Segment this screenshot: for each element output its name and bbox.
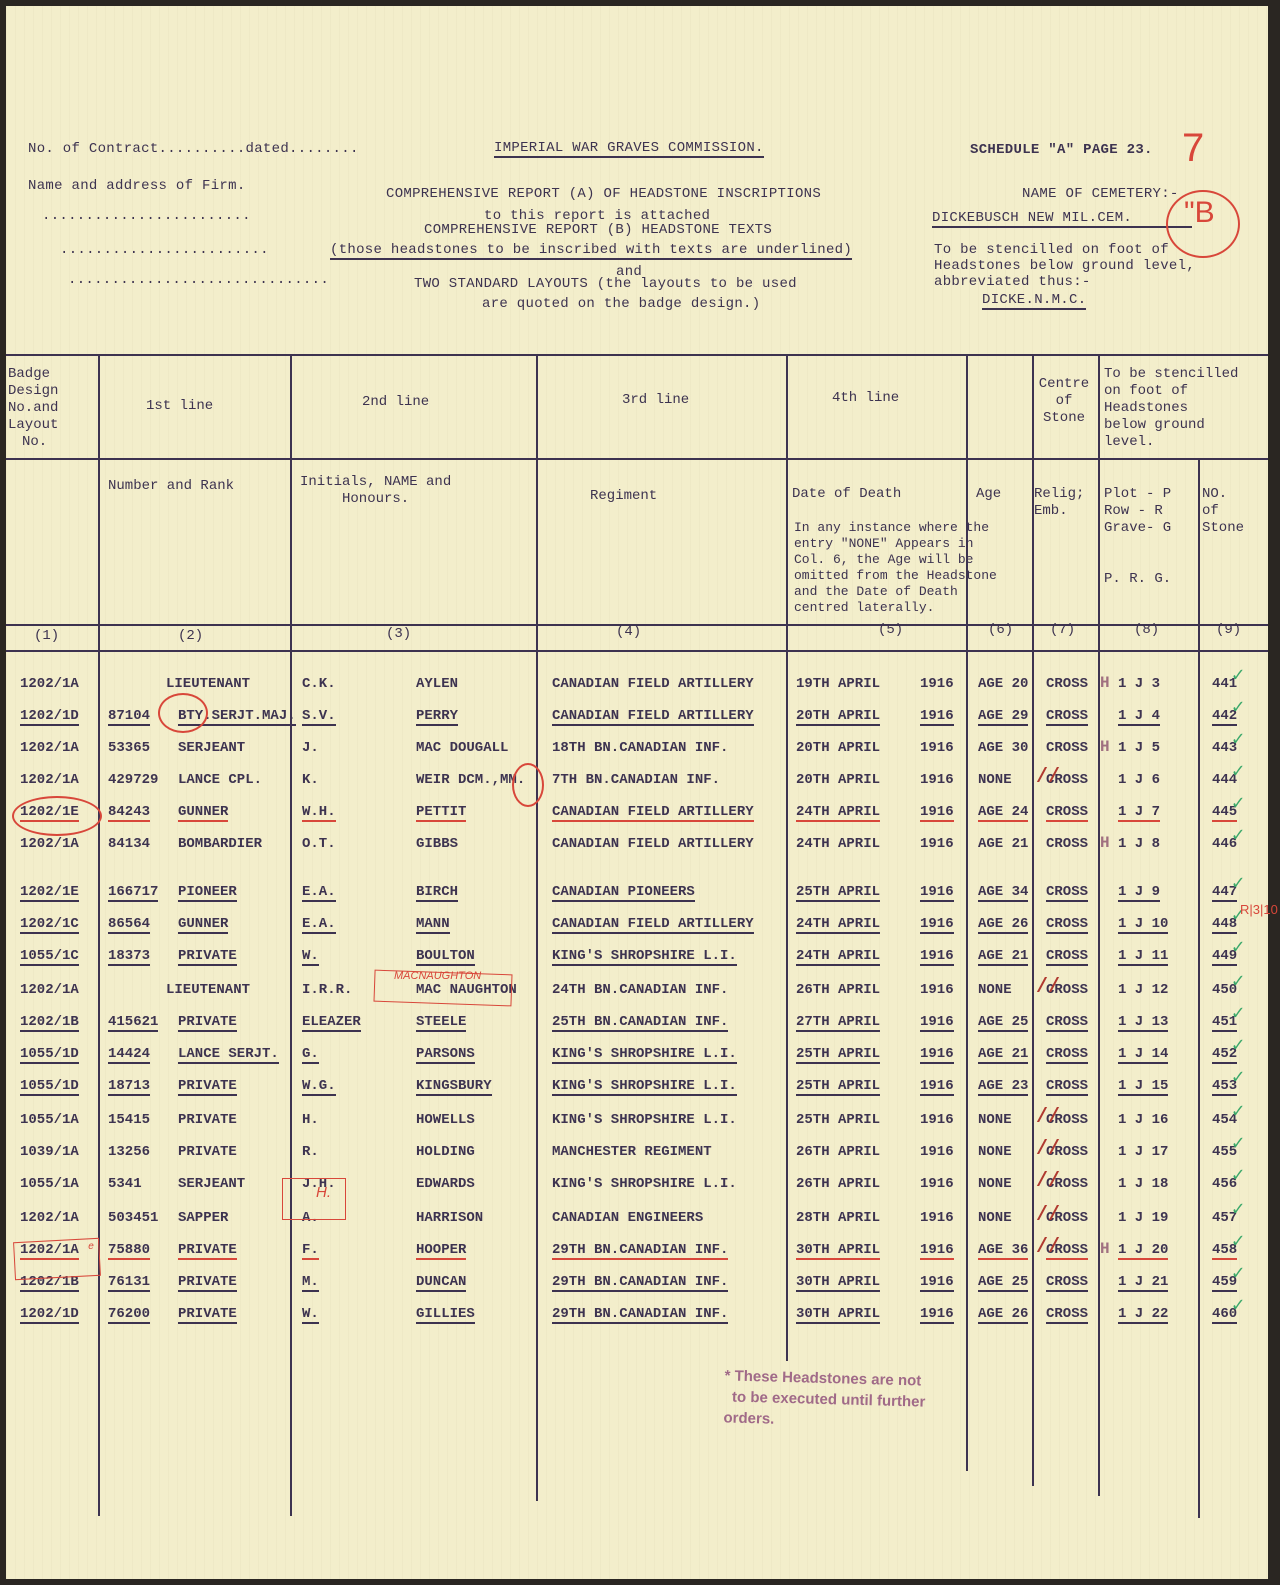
table-row: 1202/1A503451SAPPERA.HARRISONCANADIAN EN… xyxy=(6,1204,1268,1234)
commission-title: IMPERIAL WAR GRAVES COMMISSION. xyxy=(494,140,764,158)
cell-regiment: 24TH BN.CANADIAN INF. xyxy=(552,982,728,998)
green-check-icon: ✓ xyxy=(1232,1064,1244,1090)
cell-number: 415621 xyxy=(108,1014,158,1032)
cell-emb: CROSS xyxy=(1046,916,1088,934)
table-row: 1202/1C86564GUNNERE.A.MANNCANADIAN FIELD… xyxy=(6,910,1268,940)
document-page: No. of Contract..........dated........ N… xyxy=(6,6,1268,1579)
cell-age: AGE 25 xyxy=(978,1274,1028,1292)
cell-regiment: 7TH BN.CANADIAN INF. xyxy=(552,772,720,788)
hdr-line3: 3rd line xyxy=(622,392,689,409)
cell-rank: LIEUTENANT xyxy=(166,676,250,692)
cell-date: 28TH APRIL xyxy=(796,1210,880,1226)
slash-mark: // xyxy=(1036,976,1060,999)
hdr-regiment: Regiment xyxy=(590,488,657,505)
colnum-5: (5) xyxy=(878,622,903,639)
cell-year: 1916 xyxy=(920,916,954,934)
cell-prg: 1 J 16 xyxy=(1118,1112,1168,1128)
cell-regiment: 18TH BN.CANADIAN INF. xyxy=(552,740,728,756)
cell-emb: CROSS xyxy=(1046,948,1088,966)
cell-badge: 1055/1D xyxy=(20,1078,79,1096)
cell-regiment: 25TH BN.CANADIAN INF. xyxy=(552,1014,728,1032)
hdr-number-rank: Number and Rank xyxy=(108,478,234,495)
table-row: 1202/1A429729LANCE CPL.K.WEIR DCM.,MM.7T… xyxy=(6,766,1268,796)
cell-year: 1916 xyxy=(920,804,954,822)
mm-circle-mark xyxy=(512,763,544,807)
table-row: 1039/1A13256PRIVATER.HOLDINGMANCHESTER R… xyxy=(6,1138,1268,1168)
cell-initials: M. xyxy=(302,1274,319,1292)
cell-number: 53365 xyxy=(108,740,150,756)
bty-circle-mark xyxy=(158,693,208,733)
green-check-icon: ✓ xyxy=(1232,934,1244,960)
green-check-icon: ✓ xyxy=(1232,870,1244,896)
cell-name: MANN xyxy=(416,916,450,934)
cell-emb: CROSS xyxy=(1046,676,1088,692)
hdr-plot: Plot - PRow - RGrave- GP. R. G. xyxy=(1104,486,1171,588)
cell-emb: CROSS xyxy=(1046,836,1088,852)
cell-emb: CROSS xyxy=(1046,804,1088,822)
cell-date: 30TH APRIL xyxy=(796,1274,880,1292)
cell-year: 1916 xyxy=(920,884,954,902)
cell-number: 13256 xyxy=(108,1144,150,1160)
cell-number: 14424 xyxy=(108,1046,150,1064)
hdr-stone: NO.ofStone xyxy=(1202,486,1244,537)
cell-name: HOLDING xyxy=(416,1144,475,1160)
cell-year: 1916 xyxy=(920,1242,954,1260)
green-check-icon: ✓ xyxy=(1232,1000,1244,1026)
cell-name: WEIR DCM.,MM. xyxy=(416,772,525,788)
cell-rank: GUNNER xyxy=(178,916,228,934)
cell-date: 24TH APRIL xyxy=(796,836,880,852)
cell-badge: 1055/1D xyxy=(20,1046,79,1064)
cell-age: NONE xyxy=(978,1144,1012,1160)
hdr-none-note: In any instance where theentry "NONE" Ap… xyxy=(794,520,997,616)
table-row: 1202/1B415621PRIVATEELEAZERSTEELE25TH BN… xyxy=(6,1008,1268,1038)
cell-badge: 1202/1A xyxy=(20,1210,79,1226)
cell-regiment: CANADIAN FIELD ARTILLERY xyxy=(552,804,754,822)
cell-number: 166717 xyxy=(108,884,158,902)
cell-badge: 1202/1E xyxy=(20,884,79,902)
cell-initials: W.G. xyxy=(302,1078,336,1096)
cell-date: 25TH APRIL xyxy=(796,1078,880,1096)
cell-rank: PRIVATE xyxy=(178,1014,237,1032)
cell-age: NONE xyxy=(978,1176,1012,1192)
cell-date: 27TH APRIL xyxy=(796,1014,880,1032)
cell-year: 1916 xyxy=(920,708,954,726)
cell-rank: PRIVATE xyxy=(178,1112,237,1128)
cell-number: 75880 xyxy=(108,1242,150,1260)
table-row: 1202/1D76200PRIVATEW.GILLIES29TH BN.CANA… xyxy=(6,1300,1268,1330)
colnum-6: (6) xyxy=(988,622,1013,639)
cell-rank: GUNNER xyxy=(178,804,228,822)
hdr-date: Date of Death xyxy=(792,486,901,503)
hdr-line2: 2nd line xyxy=(362,394,429,411)
cell-prg: 1 J 10 xyxy=(1118,916,1168,934)
cell-date: 24TH APRIL xyxy=(796,916,880,934)
cell-age: AGE 30 xyxy=(978,740,1028,756)
cell-rank: SERJEANT xyxy=(178,740,245,756)
cell-regiment: CANADIAN PIONEERS xyxy=(552,884,695,902)
cell-badge: 1202/1A xyxy=(20,772,79,788)
cell-badge: 1039/1A xyxy=(20,1144,79,1160)
cell-number: 15415 xyxy=(108,1112,150,1128)
cell-date: 20TH APRIL xyxy=(796,708,880,726)
cell-year: 1916 xyxy=(920,1306,954,1324)
cell-regiment: KING'S SHROPSHIRE L.I. xyxy=(552,1112,737,1128)
cell-rank: PRIVATE xyxy=(178,1306,237,1324)
slash-mark: // xyxy=(1036,766,1060,789)
cell-name: EDWARDS xyxy=(416,1176,475,1192)
cell-number: 87104 xyxy=(108,708,150,726)
cell-name: GILLIES xyxy=(416,1306,475,1324)
cell-badge: 1202/1A xyxy=(20,740,79,756)
cell-prg: 1 J 3 xyxy=(1118,676,1160,692)
cell-age: AGE 21 xyxy=(978,836,1028,852)
cell-initials: E.A. xyxy=(302,884,336,902)
stencil-line-1: To be stencilled on foot of xyxy=(934,242,1169,258)
cell-initials: W.H. xyxy=(302,804,336,822)
cell-rank: PRIVATE xyxy=(178,1242,237,1260)
cell-prg: 1 J 11 xyxy=(1118,948,1168,966)
h-mark: H xyxy=(1100,834,1110,852)
green-check-icon: ✓ xyxy=(1232,1032,1244,1058)
slash-mark: // xyxy=(1036,1204,1060,1227)
green-check-icon: ✓ xyxy=(1232,790,1244,816)
colnum-9: (9) xyxy=(1216,622,1241,639)
table-header-rule xyxy=(6,458,1268,460)
cell-badge: 1202/1C xyxy=(20,916,79,934)
cell-name: BOULTON xyxy=(416,948,475,966)
cell-prg: 1 J 4 xyxy=(1118,708,1160,726)
cell-regiment: CANADIAN ENGINEERS xyxy=(552,1210,703,1226)
green-check-icon: ✓ xyxy=(1232,968,1244,994)
cell-emb: CROSS xyxy=(1046,708,1088,726)
cell-age: AGE 34 xyxy=(978,884,1028,902)
table-row: 1202/1ALIEUTENANTI.R.R.MAC NAUGHTON24TH … xyxy=(6,976,1268,1006)
cell-prg: 1 J 6 xyxy=(1118,772,1160,788)
table-row: 1055/1A15415PRIVATEH.HOWELLSKING'S SHROP… xyxy=(6,1106,1268,1136)
cell-date: 24TH APRIL xyxy=(796,804,880,822)
abbreviation: DICKE.N.M.C. xyxy=(982,292,1086,310)
cell-number: 5341 xyxy=(108,1176,142,1192)
cell-rank: PIONEER xyxy=(178,884,237,902)
hdr-initials: Initials, NAME andHonours. xyxy=(300,474,451,508)
cell-prg: 1 J 13 xyxy=(1118,1014,1168,1032)
cell-number: 503451 xyxy=(108,1210,158,1226)
cell-emb: CROSS xyxy=(1046,884,1088,902)
cell-age: AGE 23 xyxy=(978,1078,1028,1096)
cell-regiment: CANADIAN FIELD ARTILLERY xyxy=(552,676,754,692)
green-check-icon: ✓ xyxy=(1232,1130,1244,1156)
hdr-relig: Relig;Emb. xyxy=(1034,486,1084,520)
cell-age: AGE 20 xyxy=(978,676,1028,692)
cell-age: AGE 26 xyxy=(978,1306,1028,1324)
cell-name: PERRY xyxy=(416,708,458,726)
cell-year: 1916 xyxy=(920,1144,954,1160)
firm-dots-1: ........................ xyxy=(42,208,251,224)
cell-prg: 1 J 20 xyxy=(1118,1242,1168,1260)
green-check-icon: ✓ xyxy=(1232,726,1244,752)
cell-prg: 1 J 5 xyxy=(1118,740,1160,756)
table-colnum-bottom-rule xyxy=(6,650,1268,652)
cell-name: PARSONS xyxy=(416,1046,475,1064)
cell-year: 1916 xyxy=(920,948,954,966)
cell-badge: 1055/1A xyxy=(20,1112,79,1128)
cell-emb: CROSS xyxy=(1046,740,1088,756)
cell-prg: 1 J 15 xyxy=(1118,1078,1168,1096)
cell-regiment: CANADIAN FIELD ARTILLERY xyxy=(552,916,754,934)
cell-emb: CROSS xyxy=(1046,1046,1088,1064)
cell-age: AGE 29 xyxy=(978,708,1028,726)
cell-rank: PRIVATE xyxy=(178,1078,237,1096)
cell-badge: 1202/1A xyxy=(20,836,79,852)
cell-initials: ELEAZER xyxy=(302,1014,361,1032)
cell-number: 84243 xyxy=(108,804,150,822)
cell-badge: 1202/1A xyxy=(20,982,79,998)
cell-emb: CROSS xyxy=(1046,1078,1088,1096)
table-row: 1202/1A75880PRIVATEF.HOOPER29TH BN.CANAD… xyxy=(6,1236,1268,1266)
cell-name: HOWELLS xyxy=(416,1112,475,1128)
cell-number: 76200 xyxy=(108,1306,150,1324)
cell-prg: 1 J 7 xyxy=(1118,804,1160,822)
cell-date: 20TH APRIL xyxy=(796,772,880,788)
cell-name: BIRCH xyxy=(416,884,458,902)
cell-age: AGE 25 xyxy=(978,1014,1028,1032)
cell-year: 1916 xyxy=(920,740,954,756)
green-check-icon: ✓ xyxy=(1232,1098,1244,1124)
cell-regiment: KING'S SHROPSHIRE L.I. xyxy=(552,1046,737,1064)
cell-emb: CROSS xyxy=(1046,1306,1088,1324)
table-top-rule xyxy=(6,354,1268,356)
cell-name: HARRISON xyxy=(416,1210,483,1226)
slash-mark: // xyxy=(1036,1106,1060,1129)
hdr-line4: 4th line xyxy=(832,390,899,407)
cell-initials: E.A. xyxy=(302,916,336,934)
green-check-icon: ✓ xyxy=(1232,1162,1244,1188)
hdr-centre: CentreofStone xyxy=(1034,376,1094,427)
cell-date: 26TH APRIL xyxy=(796,982,880,998)
cell-prg: 1 J 12 xyxy=(1118,982,1168,998)
cell-year: 1916 xyxy=(920,676,954,692)
cell-initials: F. xyxy=(302,1242,319,1260)
cell-prg: 1 J 21 xyxy=(1118,1274,1168,1292)
cell-regiment: CANADIAN FIELD ARTILLERY xyxy=(552,836,754,852)
green-check-icon: ✓ xyxy=(1232,758,1244,784)
cell-prg: 1 J 14 xyxy=(1118,1046,1168,1064)
layouts-line-2: are quoted on the badge design.) xyxy=(482,296,760,312)
underlined-note: (those headstones to be inscribed with t… xyxy=(330,242,852,260)
cell-age: NONE xyxy=(978,772,1012,788)
cell-regiment: CANADIAN FIELD ARTILLERY xyxy=(552,708,754,726)
hdr-badge: BadgeDesignNo.andLayoutNo. xyxy=(8,366,58,451)
colnum-8: (8) xyxy=(1134,622,1159,639)
colnum-7: (7) xyxy=(1050,622,1075,639)
cell-name: DUNCAN xyxy=(416,1274,466,1292)
cell-badge: 1202/1B xyxy=(20,1014,79,1032)
cell-rank: PRIVATE xyxy=(178,948,237,966)
cell-rank: PRIVATE xyxy=(178,1274,237,1292)
cell-prg: 1 J 18 xyxy=(1118,1176,1168,1192)
birch-note: R|3|10 xyxy=(1240,902,1278,917)
hdr-line1: 1st line xyxy=(146,398,213,415)
cell-rank: LANCE SERJT. xyxy=(178,1046,279,1064)
cell-age: AGE 21 xyxy=(978,948,1028,966)
cell-year: 1916 xyxy=(920,982,954,998)
cell-rank: BOMBARDIER xyxy=(178,836,262,852)
cemetery-name: DICKEBUSCH NEW MIL.CEM. xyxy=(932,210,1192,228)
cell-name: STEELE xyxy=(416,1014,466,1032)
cell-name: AYLEN xyxy=(416,676,458,692)
cell-initials: K. xyxy=(302,772,319,788)
table-row: 1055/1C18373PRIVATEW.BOULTONKING'S SHROP… xyxy=(6,942,1268,972)
hdr-age: Age xyxy=(976,486,1001,503)
table-row: 1202/1B76131PRIVATEM.DUNCAN29TH BN.CANAD… xyxy=(6,1268,1268,1298)
h-mark: H xyxy=(1100,674,1110,692)
cell-initials: W. xyxy=(302,1306,319,1324)
cell-date: 25TH APRIL xyxy=(796,1046,880,1064)
cell-badge: 1202/1A xyxy=(20,676,79,692)
table-row: 1055/1D14424LANCE SERJT.G.PARSONSKING'S … xyxy=(6,1040,1268,1070)
cell-rank: SERJEANT xyxy=(178,1176,245,1192)
cell-emb: CROSS xyxy=(1046,1014,1088,1032)
firm-dots-3: .............................. xyxy=(68,272,329,288)
cell-year: 1916 xyxy=(920,1046,954,1064)
cell-date: 25TH APRIL xyxy=(796,884,880,902)
cell-name: PETTIT xyxy=(416,804,466,822)
cell-emb: CROSS xyxy=(1046,1274,1088,1292)
cell-prg: 1 J 9 xyxy=(1118,884,1160,902)
cell-date: 24TH APRIL xyxy=(796,948,880,966)
cemetery-label: NAME OF CEMETERY:- xyxy=(1022,186,1179,202)
macnaughton-correction: MACNAUGHTON xyxy=(394,970,481,982)
h-mark: H xyxy=(1100,738,1110,756)
firm-dots-2: ........................ xyxy=(60,242,269,258)
cell-prg: 1 J 19 xyxy=(1118,1210,1168,1226)
green-check-icon: ✓ xyxy=(1232,694,1244,720)
cell-number: 429729 xyxy=(108,772,158,788)
cell-rank: LANCE CPL. xyxy=(178,772,262,788)
cell-initials: R. xyxy=(302,1144,319,1160)
cell-regiment: 29TH BN.CANADIAN INF. xyxy=(552,1306,728,1324)
cell-prg: 1 J 17 xyxy=(1118,1144,1168,1160)
cell-number: 18373 xyxy=(108,948,150,966)
cell-initials: I.R.R. xyxy=(302,982,352,998)
cell-initials: S.V. xyxy=(302,708,336,726)
cell-year: 1916 xyxy=(920,1274,954,1292)
cell-age: AGE 24 xyxy=(978,804,1028,822)
h-mark: H xyxy=(1100,1240,1110,1258)
cell-age: NONE xyxy=(978,982,1012,998)
edwards-initial-box xyxy=(282,1178,346,1220)
layouts-line-1: TWO STANDARD LAYOUTS (the layouts to be … xyxy=(414,276,797,292)
cell-name: GIBBS xyxy=(416,836,458,852)
colnum-2: (2) xyxy=(178,628,203,645)
cell-age: NONE xyxy=(978,1210,1012,1226)
edwards-initial-add: H. xyxy=(316,1184,331,1201)
hold-stamp: * These Headstones are not to be execute… xyxy=(723,1365,926,1433)
badge-circle-mark xyxy=(12,796,102,836)
cell-badge: 1055/1A xyxy=(20,1176,79,1192)
cell-regiment: 29TH BN.CANADIAN INF. xyxy=(552,1242,728,1260)
cell-rank: SAPPER xyxy=(178,1210,228,1226)
table-row: 1202/1E166717PIONEERE.A.BIRCHCANADIAN PI… xyxy=(6,878,1268,908)
cell-regiment: KING'S SHROPSHIRE L.I. xyxy=(552,1078,737,1096)
cemetery-mark: "B xyxy=(1184,196,1215,230)
cell-age: AGE 36 xyxy=(978,1242,1028,1260)
cell-age: AGE 26 xyxy=(978,916,1028,934)
cell-regiment: KING'S SHROPSHIRE L.I. xyxy=(552,1176,737,1192)
cell-year: 1916 xyxy=(920,836,954,852)
cell-number: 84134 xyxy=(108,836,150,852)
green-check-icon: ✓ xyxy=(1232,822,1244,848)
colnum-4: (4) xyxy=(616,624,641,641)
table-row: 1202/1A53365SERJEANTJ.MAC DOUGALL18TH BN… xyxy=(6,734,1268,764)
contract-line: No. of Contract..........dated........ xyxy=(28,141,359,157)
page-correction: 7 xyxy=(1182,126,1204,171)
cell-year: 1916 xyxy=(920,1014,954,1032)
cell-date: 30TH APRIL xyxy=(796,1306,880,1324)
cell-rank: PRIVATE xyxy=(178,1144,237,1160)
cell-number: 18713 xyxy=(108,1078,150,1096)
colnum-1: (1) xyxy=(34,628,59,645)
cell-year: 1916 xyxy=(920,1210,954,1226)
cell-year: 1916 xyxy=(920,1176,954,1192)
cell-name: MAC DOUGALL xyxy=(416,740,508,756)
cell-number: 76131 xyxy=(108,1274,150,1292)
cell-initials: O.T. xyxy=(302,836,336,852)
cell-date: 25TH APRIL xyxy=(796,1112,880,1128)
table-row: 1202/1A84134BOMBARDIERO.T.GIBBSCANADIAN … xyxy=(6,830,1268,860)
cell-prg: 1 J 22 xyxy=(1118,1306,1168,1324)
report-b-title: COMPREHENSIVE REPORT (B) HEADSTONE TEXTS xyxy=(424,222,772,238)
cell-initials: H. xyxy=(302,1112,319,1128)
cell-year: 1916 xyxy=(920,1112,954,1128)
stencil-line-3: abbreviated thus:- xyxy=(934,274,1091,290)
cell-date: 30TH APRIL xyxy=(796,1242,880,1260)
cell-badge: 1055/1C xyxy=(20,948,79,966)
cell-year: 1916 xyxy=(920,772,954,788)
cell-age: AGE 21 xyxy=(978,1046,1028,1064)
green-check-icon: ✓ xyxy=(1232,662,1244,688)
hooper-badge-add: e xyxy=(88,1242,94,1253)
slash-mark: // xyxy=(1036,1138,1060,1161)
cell-date: 26TH APRIL xyxy=(796,1144,880,1160)
green-check-icon: ✓ xyxy=(1232,1292,1244,1318)
cell-regiment: MANCHESTER REGIMENT xyxy=(552,1144,712,1160)
cell-initials: W. xyxy=(302,948,319,966)
slash-mark: // xyxy=(1036,1170,1060,1193)
stencil-line-2: Headstones below ground level, xyxy=(934,258,1195,274)
firm-label: Name and address of Firm. xyxy=(28,178,246,194)
cell-date: 20TH APRIL xyxy=(796,740,880,756)
green-check-icon: ✓ xyxy=(1232,1228,1244,1254)
cell-date: 26TH APRIL xyxy=(796,1176,880,1192)
cell-regiment: 29TH BN.CANADIAN INF. xyxy=(552,1274,728,1292)
report-a-title: COMPREHENSIVE REPORT (A) OF HEADSTONE IN… xyxy=(386,186,821,202)
slash-mark: // xyxy=(1036,1236,1060,1259)
table-row: 1055/1A5341SERJEANTJ.H.EDWARDSKING'S SHR… xyxy=(6,1170,1268,1200)
cell-initials: J. xyxy=(302,740,319,756)
cell-badge: 1202/1D xyxy=(20,1306,79,1324)
cell-name: KINGSBURY xyxy=(416,1078,492,1096)
schedule-page: SCHEDULE "A" PAGE 23. xyxy=(970,142,1153,158)
cell-rank: LIEUTENANT xyxy=(166,982,250,998)
cell-initials: G. xyxy=(302,1046,319,1064)
colnum-3: (3) xyxy=(386,626,411,643)
cell-prg: 1 J 8 xyxy=(1118,836,1160,852)
cell-initials: C.K. xyxy=(302,676,336,692)
cell-year: 1916 xyxy=(920,1078,954,1096)
cell-date: 19TH APRIL xyxy=(796,676,880,692)
